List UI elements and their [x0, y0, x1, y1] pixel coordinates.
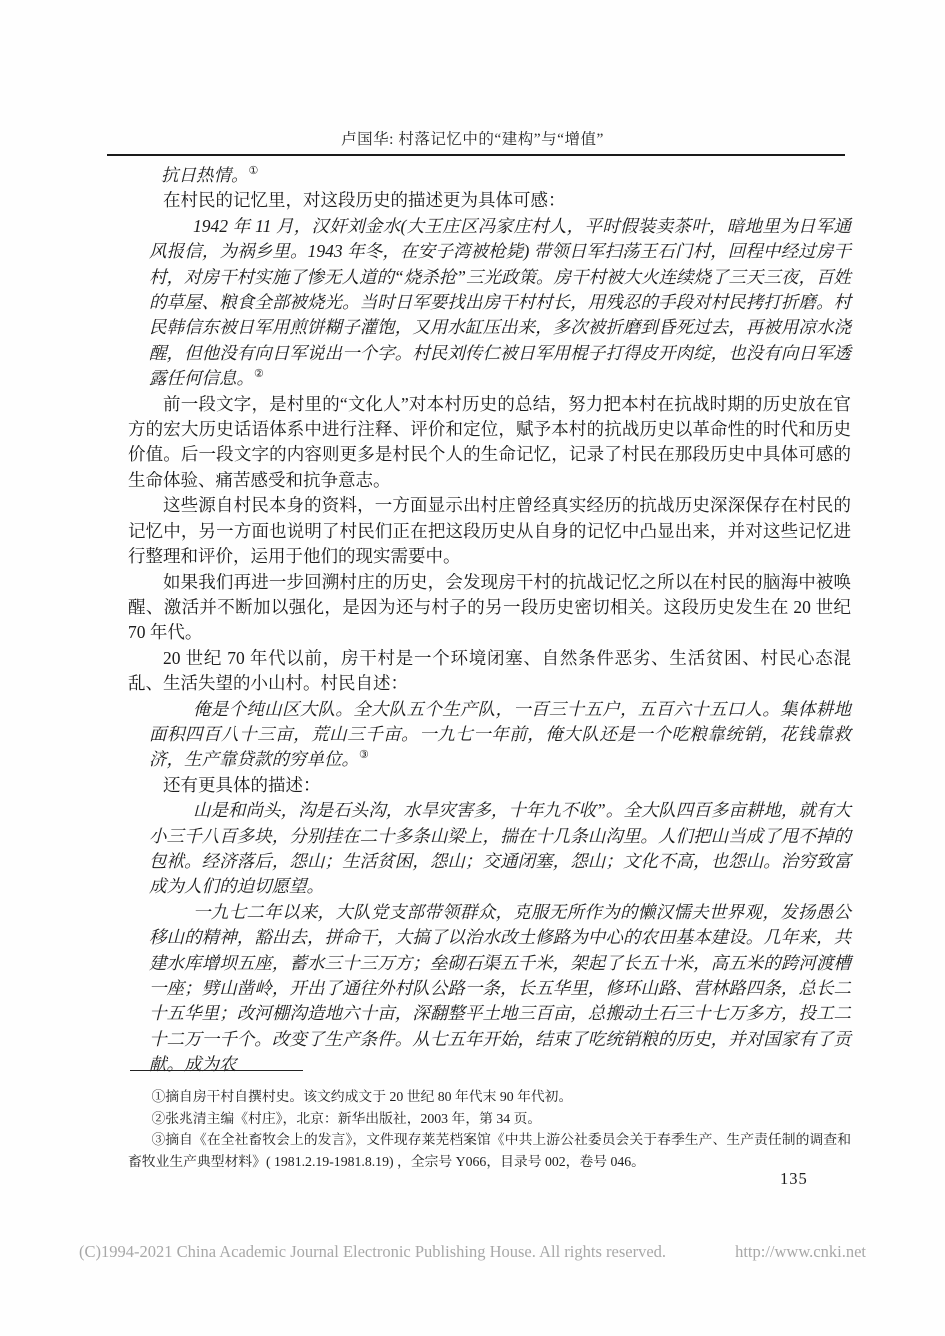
paragraph-text: 这些源自村民本身的资料，一方面显示出村庄曾经真实经历的抗战历史深深保存在村民的记…	[128, 495, 851, 566]
paragraph: 这些源自村民本身的资料，一方面显示出村庄曾经真实经历的抗战历史深深保存在村民的记…	[128, 493, 851, 569]
footnote-item: ②张兆清主编《村庄》，北京：新华出版社，2003 年，第 34 页。	[128, 1108, 851, 1130]
footnote-ref-1: ①	[249, 165, 259, 177]
paragraph-text: 在村民的记忆里，对这段历史的描述更为具体可感：	[163, 190, 566, 210]
footnote-ref-2: ②	[254, 368, 264, 380]
copyright-text: (C)1994-2021 China Academic Journal Elec…	[79, 1242, 666, 1262]
copyright-footer: (C)1994-2021 China Academic Journal Elec…	[79, 1242, 866, 1262]
paragraph-text: 一九七二年以来，大队党支部带领群众，克服无所作为的懒汉懦夫世界观，发扬愚公移山的…	[149, 902, 851, 1074]
paragraph-text: 如果我们再进一步回溯村庄的历史，会发现房干村的抗战记忆之所以在村民的脑海中被唤醒…	[128, 572, 851, 643]
footnote-item: ①摘自房干村自撰村史。该文约成文于 20 世纪 80 年代末 90 年代初。	[128, 1086, 851, 1108]
paragraph: 前一段文字，是村里的“文化人”对本村历史的总结，努力把本村在抗战时期的历史放在官…	[128, 392, 851, 494]
block-quote: 俺是个纯山区大队。全大队五个生产队，一百三十五户，五百六十五口人。集体耕地面积四…	[149, 697, 851, 773]
footnotes: ①摘自房干村自撰村史。该文约成文于 20 世纪 80 年代末 90 年代初。 ②…	[128, 1086, 851, 1172]
paragraph: 在村民的记忆里，对这段历史的描述更为具体可感：	[128, 188, 851, 213]
running-title: 卢国华: 村落记忆中的“建构”与“增值”	[0, 127, 945, 149]
block-quote: 山是和尚头，沟是石头沟，水旱灾害多，十年九不收”。全大队四百多亩耕地，就有大小三…	[149, 798, 851, 900]
block-quote: 一九七二年以来，大队党支部带领群众，克服无所作为的懒汉懦夫世界观，发扬愚公移山的…	[149, 900, 851, 1078]
paragraph-text: 1942 年 11 月，汉奸刘金水(大王庄区冯家庄村人，平时假装卖茶叶，暗地里为…	[149, 216, 851, 388]
paragraph-text: 前一段文字，是村里的“文化人”对本村历史的总结，努力把本村在抗战时期的历史放在官…	[128, 394, 851, 490]
quote-tail-paragraph: 抗日热情。①	[161, 163, 851, 188]
footnote-ref-3: ③	[359, 750, 369, 762]
paragraph-text: 抗日热情。	[161, 165, 249, 185]
page-number: 135	[780, 1169, 808, 1189]
paragraph-text: 山是和尚头，沟是石头沟，水旱灾害多，十年九不收”。全大队四百多亩耕地，就有大小三…	[149, 800, 851, 896]
header-divider	[107, 154, 845, 156]
footnote-divider	[130, 1070, 303, 1071]
block-quote: 1942 年 11 月，汉奸刘金水(大王庄区冯家庄村人，平时假装卖茶叶，暗地里为…	[149, 214, 851, 392]
paragraph: 如果我们再进一步回溯村庄的历史，会发现房干村的抗战记忆之所以在村民的脑海中被唤醒…	[128, 570, 851, 646]
article-body: 抗日热情。① 在村民的记忆里，对这段历史的描述更为具体可感： 1942 年 11…	[128, 163, 851, 1078]
paragraph: 还有更具体的描述：	[128, 773, 851, 798]
journal-page: 卢国华: 村落记忆中的“建构”与“增值” 抗日热情。① 在村民的记忆里，对这段历…	[0, 0, 945, 1336]
paragraph-text: 俺是个纯山区大队。全大队五个生产队，一百三十五户，五百六十五口人。集体耕地面积四…	[149, 699, 851, 770]
paragraph: 20 世纪 70 年代以前，房干村是一个环境闭塞、自然条件恶劣、生活贫困、村民心…	[128, 646, 851, 697]
footnote-item: ③摘自《在全社畜牧会上的发言》，文件现存莱芜档案馆《中共上游公社委员会关于春季生…	[128, 1129, 851, 1172]
paragraph-text: 还有更具体的描述：	[163, 775, 321, 795]
cnki-url: http://www.cnki.net	[735, 1242, 866, 1262]
paragraph-text: 20 世纪 70 年代以前，房干村是一个环境闭塞、自然条件恶劣、生活贫困、村民心…	[128, 648, 851, 693]
